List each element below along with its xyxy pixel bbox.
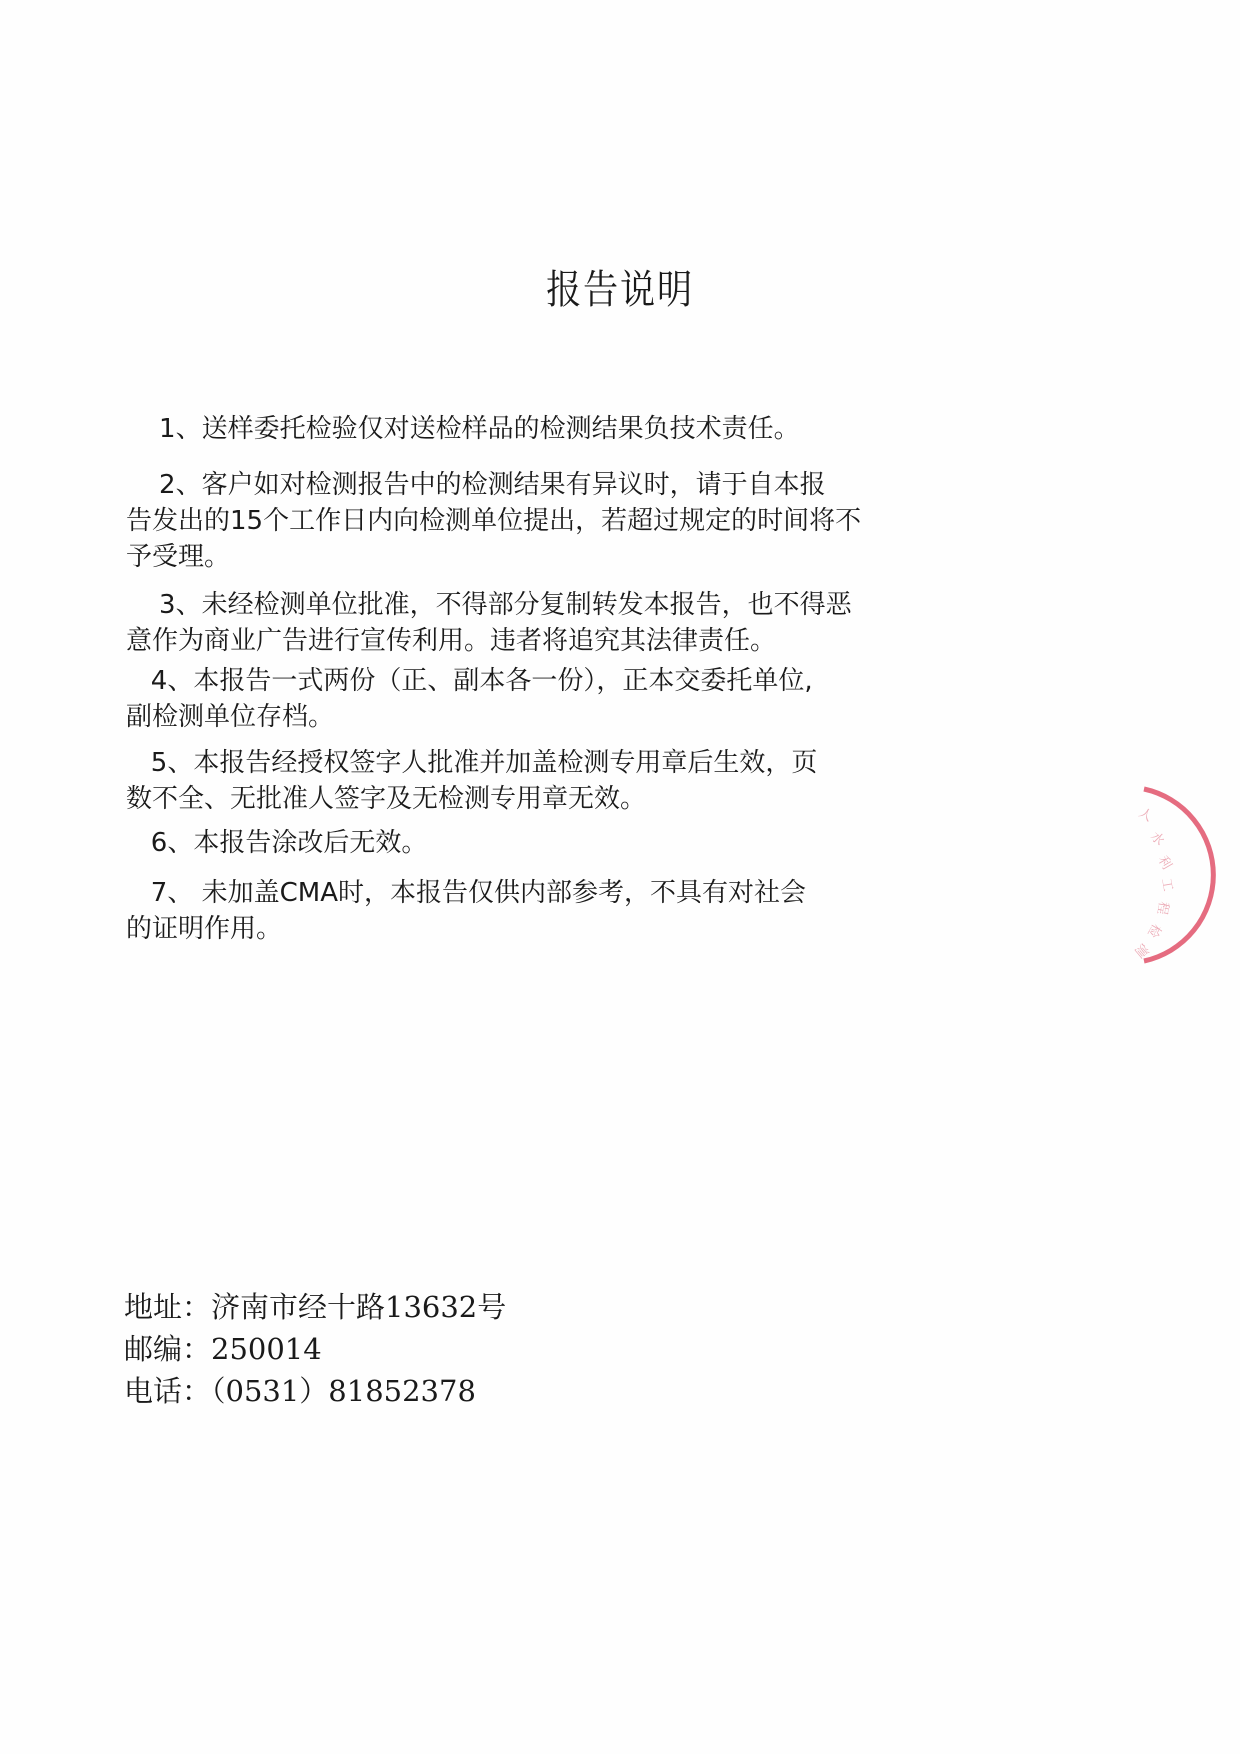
note-line: 予受理。 bbox=[126, 539, 861, 575]
note-line: 6、本报告涂改后无效。 bbox=[126, 825, 427, 861]
contact-phone: 电话：（0531）81852378 bbox=[124, 1370, 506, 1412]
note-item-2: 2、客户如对检测报告中的检测结果有异议时，请于自本报告发出的15个工作日内向检测… bbox=[126, 467, 861, 575]
svg-text:工: 工 bbox=[1158, 877, 1175, 892]
note-item-7: 7、 未加盖CMA时，本报告仅供内部参考，不具有对社会的证明作用。 bbox=[126, 875, 806, 947]
svg-text:测: 测 bbox=[1131, 940, 1151, 960]
note-line: 副检测单位存档。 bbox=[126, 699, 813, 735]
note-line: 5、本报告经授权签字人批准并加盖检测专用章后生效，页 bbox=[126, 745, 817, 781]
official-seal-icon: 人 水 利 工 程 检 测 bbox=[1130, 775, 1240, 975]
note-line: 3、未经检测单位批准，不得部分复制转发本报告，也不得恶 bbox=[126, 587, 852, 623]
page-title: 报告说明 bbox=[74, 262, 1165, 318]
note-item-3: 3、未经检测单位批准，不得部分复制转发本报告，也不得恶意作为商业广告进行宣传利用… bbox=[126, 587, 852, 659]
contact-address: 地址：济南市经十路13632号 bbox=[124, 1286, 506, 1328]
contact-info: 地址：济南市经十路13632号 邮编：250014 电话：（0531）81852… bbox=[124, 1286, 506, 1412]
note-item-6: 6、本报告涂改后无效。 bbox=[126, 825, 427, 861]
note-line: 4、本报告一式两份（正、副本各一份），正本交委托单位, bbox=[126, 663, 813, 699]
svg-text:检: 检 bbox=[1144, 921, 1164, 940]
note-line: 数不全、无批准人签字及无检测专用章无效。 bbox=[126, 781, 817, 817]
note-item-4: 4、本报告一式两份（正、副本各一份），正本交委托单位,副检测单位存档。 bbox=[126, 663, 813, 735]
note-line: 意作为商业广告进行宣传利用。违者将追究其法律责任。 bbox=[126, 623, 852, 659]
note-line: 的证明作用。 bbox=[126, 911, 806, 947]
report-page: 报告说明 1、送样委托检验仅对送检样品的检测结果负技术责任。 2、客户如对检测报… bbox=[0, 0, 1240, 1754]
note-line: 2、客户如对检测报告中的检测结果有异议时，请于自本报 bbox=[126, 467, 861, 503]
contact-postcode: 邮编：250014 bbox=[124, 1328, 506, 1370]
note-item-1: 1、送样委托检验仅对送检样品的检测结果负技术责任。 bbox=[126, 411, 800, 447]
svg-text:利: 利 bbox=[1155, 853, 1175, 872]
note-line: 告发出的15个工作日内向检测单位提出，若超过规定的时间将不 bbox=[126, 503, 861, 539]
svg-text:人: 人 bbox=[1136, 805, 1155, 824]
svg-text:程: 程 bbox=[1154, 900, 1171, 915]
note-item-5: 5、本报告经授权签字人批准并加盖检测专用章后生效，页数不全、无批准人签字及无检测… bbox=[126, 745, 817, 817]
note-line: 1、送样委托检验仅对送检样品的检测结果负技术责任。 bbox=[126, 411, 800, 447]
svg-text:水: 水 bbox=[1147, 829, 1168, 850]
note-line: 7、 未加盖CMA时，本报告仅供内部参考，不具有对社会 bbox=[126, 875, 806, 911]
